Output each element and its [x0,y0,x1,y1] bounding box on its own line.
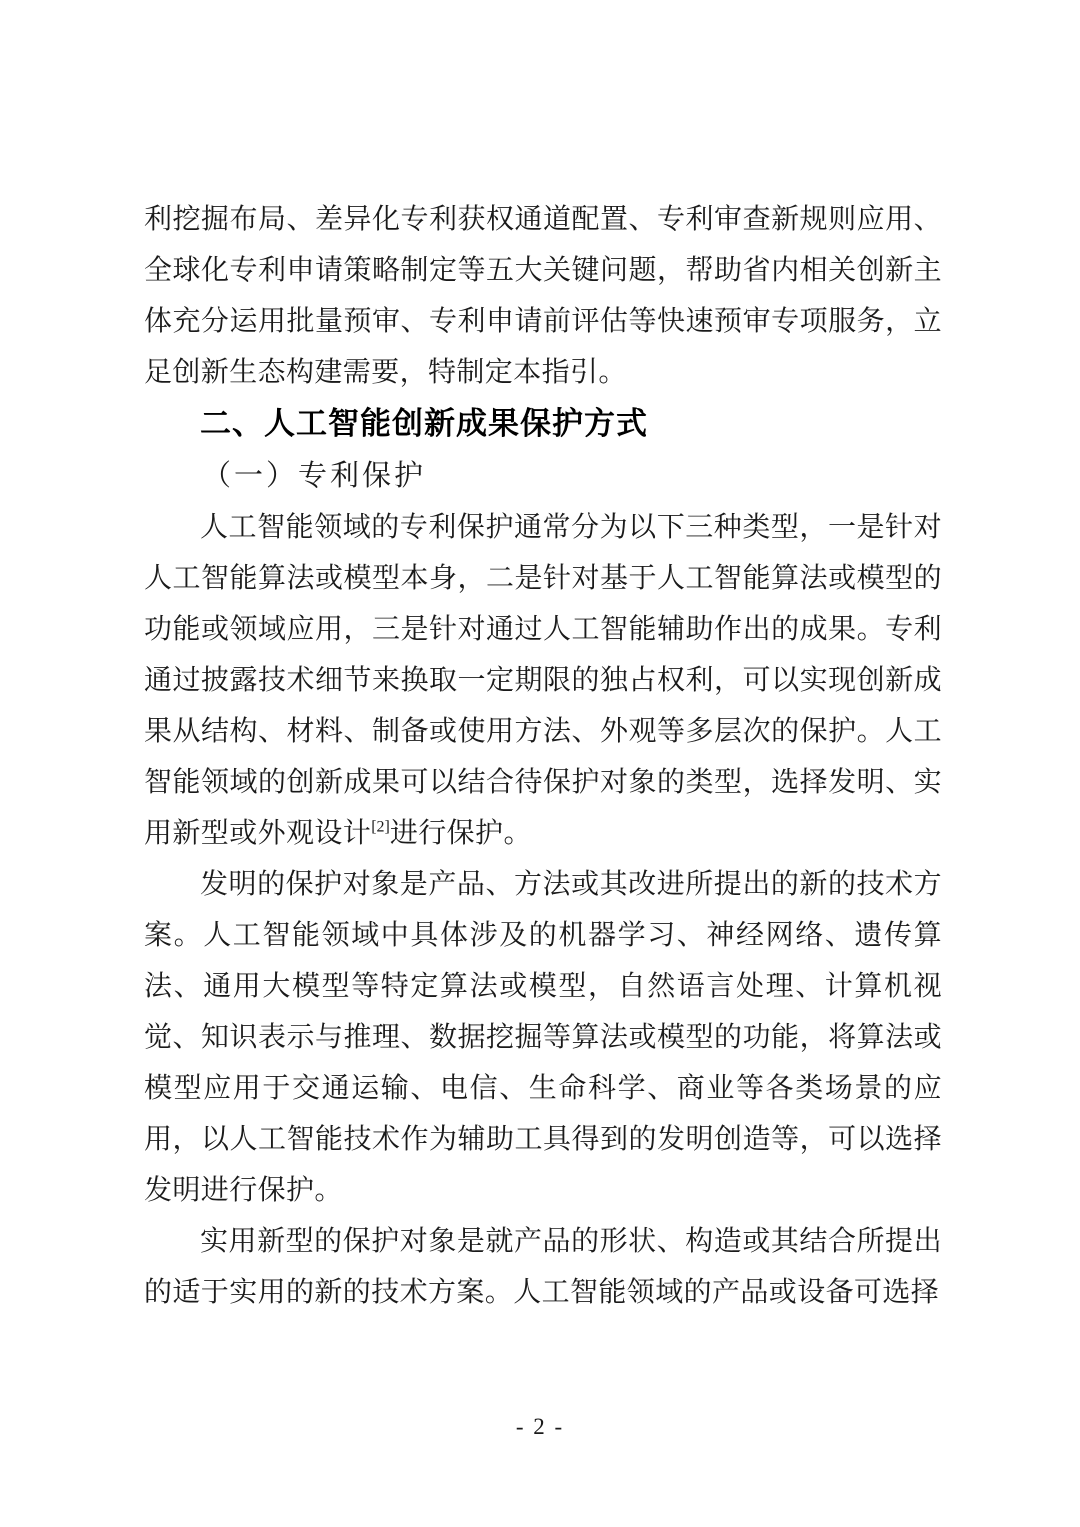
paragraph-utility-model: 实用新型的保护对象是就产品的形状、构造或其结合所提出的适于实用的新的技术方案。人… [144,1216,942,1318]
section-heading: 二、人工智能创新成果保护方式 [144,398,942,450]
document-body: 利挖掘布局、差异化专利获权通道配置、专利审查新规则应用、全球化专利申请策略制定等… [144,194,942,1318]
document-page: 利挖掘布局、差异化专利获权通道配置、专利审查新规则应用、全球化专利申请策略制定等… [0,0,1080,1527]
footnote-ref-2: [2] [371,819,390,836]
patent-text-before-ref: 人工智能领域的专利保护通常分为以下三种类型，一是针对人工智能算法或模型本身，二是… [144,512,942,849]
subsection-heading: （一）专利保护 [144,450,942,502]
page-number: - 2 - [516,1414,564,1439]
paragraph-invention-protection: 发明的保护对象是产品、方法或其改进所提出的新的技术方案。人工智能领域中具体涉及的… [144,859,942,1216]
paragraph-patent-protection: 人工智能领域的专利保护通常分为以下三种类型，一是针对人工智能算法或模型本身，二是… [144,502,942,859]
page-footer: - 2 - [0,1414,1080,1440]
paragraph-continuation: 利挖掘布局、差异化专利获权通道配置、专利审查新规则应用、全球化专利申请策略制定等… [144,194,942,398]
patent-text-after-ref: 进行保护。 [390,818,532,849]
